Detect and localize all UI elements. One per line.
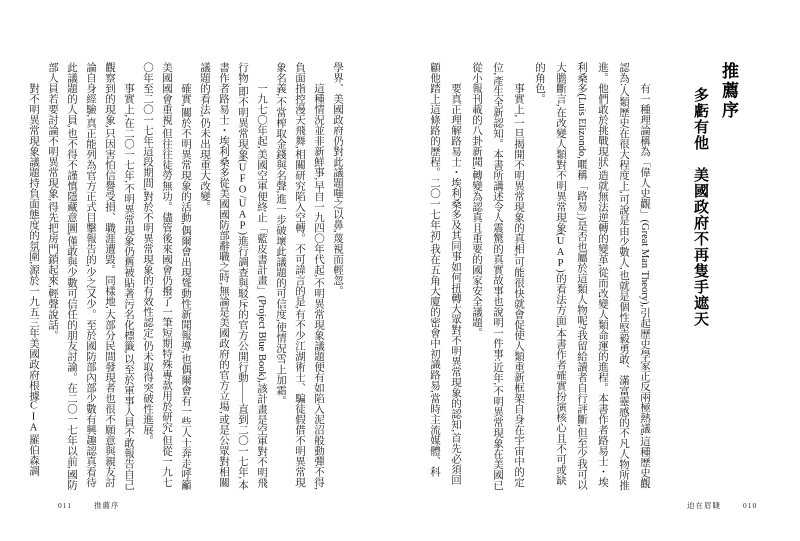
paragraph: 確實,關於不明異常現象的活動,偶爾會出現聳動性新聞報導,也偶爾會有一些人士奔走呼… — [138, 62, 195, 495]
paragraph: 事實上,一旦揭開不明異常現象的真相,可能很快就會促使人類重新框架自身在宇宙中的定… — [466, 62, 529, 495]
section-title: 推薦序 — [718, 62, 738, 495]
book-spread: 學界、美國政府仍對此議題嗤之以鼻,蔑視而輕忽。 這種情況並非新鮮事,早自一九四〇… — [0, 0, 800, 541]
section-subtitle: 多虧有他 美國政府不再隻手遮天 — [691, 62, 708, 495]
paragraph: 要真正理解路易士・埃利桑多及其同事如何扭轉大眾對不明異常現象的認知,首先必須回顧… — [424, 62, 466, 495]
running-book-title: 迫在眉睫 — [687, 501, 721, 510]
page-number: 010 — [743, 501, 757, 510]
running-section-title: 推薦序 — [94, 501, 120, 510]
page-left: 學界、美國政府仍對此議題嗤之以鼻,蔑視而輕忽。 這種情況並非新鮮事,早自一九四〇… — [0, 0, 400, 541]
page-footer-right: 迫在眉睫010 — [687, 500, 757, 511]
paragraph: 這種情況並非新鮮事,早自一九四〇年代起,不明異常現象議題便有如陷入泥沼般動彈不得… — [271, 62, 328, 495]
paragraph: 對不明異常現象議題持負面態度的氛圍,源於一九五三年美國政府根據CIA羅伯森調 — [24, 62, 43, 495]
page-left-body-text: 學界、美國政府仍對此議題嗤之以鼻,蔑視而輕忽。 這種情況並非新鮮事,早自一九四〇… — [24, 62, 347, 495]
paragraph: 學界、美國政府仍對此議題嗤之以鼻,蔑視而輕忽。 — [328, 62, 347, 495]
page-right: 推薦序 多虧有他 美國政府不再隻手遮天 有一種理論稱為「偉人史觀」(Great … — [400, 0, 800, 541]
paragraph: 有一種理論稱為「偉人史觀」(Great Man Theory),引起歷史學家正反… — [529, 62, 655, 495]
page-footer-left: 011推薦序 — [58, 500, 119, 511]
paragraph: 一九七〇年起,美國空軍便終止「藍皮書計畫」(Project Blue Book)… — [195, 62, 271, 495]
page-right-body-text: 推薦序 多虧有他 美國政府不再隻手遮天 有一種理論稱為「偉人史觀」(Great … — [408, 62, 738, 495]
page-number: 011 — [58, 501, 72, 510]
paragraph: 事實上,在二〇一七年,不明異常現象仍舊被貼著污名化標籤,以至於軍事人員不敢報告自… — [43, 62, 138, 495]
